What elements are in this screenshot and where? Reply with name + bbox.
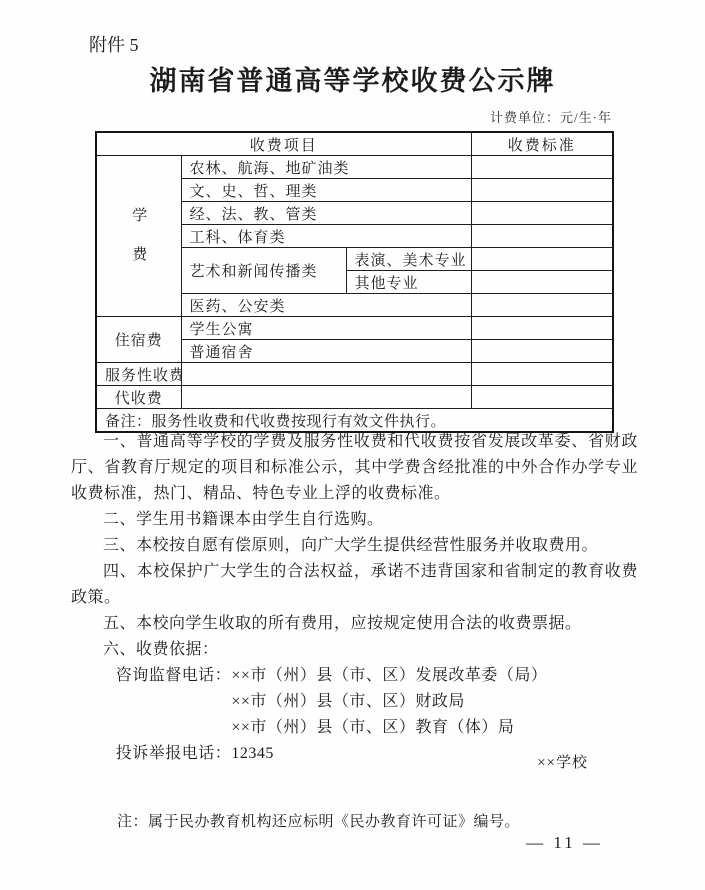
art-group-label-cell: 艺术和新闻传播类 <box>181 248 346 294</box>
fee-standard-cell <box>471 363 613 386</box>
body-text: 一、普通高等学校的学费及服务性收费和代收费按省发展改革委、省财政厅、省教育厅规定… <box>71 429 638 767</box>
fee-standard-cell <box>471 156 613 179</box>
fee-item-header: 收费项目 <box>96 132 471 156</box>
fee-table: 收费项目 收费标准 学费 农林、航海、地矿油类 文、史、哲、理类 经、法、教、管… <box>95 131 614 433</box>
paragraph: 二、学生用书籍课本由学生自行选购。 <box>71 507 638 533</box>
fee-standard-cell <box>471 317 613 340</box>
art-sub-cell: 表演、美术专业 <box>346 248 471 271</box>
paragraph: 五、本校向学生收取的所有费用，应按规定使用合法的收费票据。 <box>71 611 638 637</box>
page-title: 湖南省普通高等学校收费公示牌 <box>0 59 705 98</box>
complaint-hotline-label: 投诉举报电话： <box>116 741 232 767</box>
fee-standard-cell <box>471 248 613 271</box>
fee-standard-cell <box>471 386 613 409</box>
paragraph: 一、普通高等学校的学费及服务性收费和代收费按省发展改革委、省财政厅、省教育厅规定… <box>71 429 638 507</box>
collection-fee-item-cell <box>181 386 471 409</box>
tuition-category-cell: 农林、航海、地矿油类 <box>181 156 471 179</box>
footnote: 注：属于民办教育机构还应标明《民办教育许可证》编号。 <box>117 810 520 831</box>
consult-hotline-row: 咨询监督电话： ××市（州）县（市、区）发展改革委（局） ××市（州）县（市、区… <box>116 663 638 741</box>
tuition-category-cell: 医药、公安类 <box>181 294 471 317</box>
paragraph: 三、本校按自愿有偿原则，向广大学生提供经营性服务并收取费用。 <box>71 533 638 559</box>
consult-hotline-lines: ××市（州）县（市、区）发展改革委（局） ××市（州）县（市、区）财政局 ××市… <box>231 663 547 741</box>
fee-standard-cell <box>471 202 613 225</box>
fee-standard-header: 收费标准 <box>471 132 613 156</box>
art-sub-cell: 其他专业 <box>346 271 471 294</box>
service-fee-item-cell <box>181 363 471 386</box>
table-row: 服务性收费 <box>96 363 613 386</box>
document-page: 附件 5 湖南省普通高等学校收费公示牌 计费单位：元/生·年 收费项目 收费标准… <box>0 0 705 890</box>
table-row: 住宿费 学生公寓 <box>96 317 613 340</box>
accommodation-type-cell: 普通宿舍 <box>181 340 471 363</box>
fee-standard-cell <box>471 294 613 317</box>
complaint-hotline-number: 12345 <box>231 741 274 767</box>
consult-hotline-label: 咨询监督电话： <box>116 663 232 689</box>
table-row: 学费 农林、航海、地矿油类 <box>96 156 613 179</box>
fee-standard-cell <box>471 179 613 202</box>
consult-hotline-line: ××市（州）县（市、区）发展改革委（局） <box>231 663 547 689</box>
tuition-category-cell: 经、法、教、管类 <box>181 202 471 225</box>
accommodation-label-cell: 住宿费 <box>96 317 181 363</box>
fee-standard-cell <box>471 271 613 294</box>
paragraph: 六、收费依据： <box>71 637 638 663</box>
fee-standard-cell <box>471 225 613 248</box>
tuition-category-cell: 工科、体育类 <box>181 225 471 248</box>
service-fee-label-cell: 服务性收费 <box>96 363 181 386</box>
tuition-category-cell: 文、史、哲、理类 <box>181 179 471 202</box>
tuition-label-cell: 学费 <box>96 156 181 317</box>
table-header-row: 收费项目 收费标准 <box>96 132 613 156</box>
collection-fee-label-cell: 代收费 <box>96 386 181 409</box>
tuition-label: 学费 <box>128 207 149 285</box>
table-row: 代收费 <box>96 386 613 409</box>
school-signoff: ××学校 <box>537 751 588 772</box>
consult-hotline-line: ××市（州）县（市、区）教育（体）局 <box>231 715 547 741</box>
paragraph: 四、本校保护广大学生的合法权益，承诺不违背国家和省制定的教育收费政策。 <box>71 559 638 611</box>
accommodation-type-cell: 学生公寓 <box>181 317 471 340</box>
fee-standard-cell <box>471 340 613 363</box>
billing-unit-note: 计费单位：元/生·年 <box>95 107 612 126</box>
consult-hotline-line: ××市（州）县（市、区）财政局 <box>231 689 547 715</box>
attachment-label: 附件 5 <box>89 31 139 57</box>
page-number: — 11 — <box>526 833 603 853</box>
